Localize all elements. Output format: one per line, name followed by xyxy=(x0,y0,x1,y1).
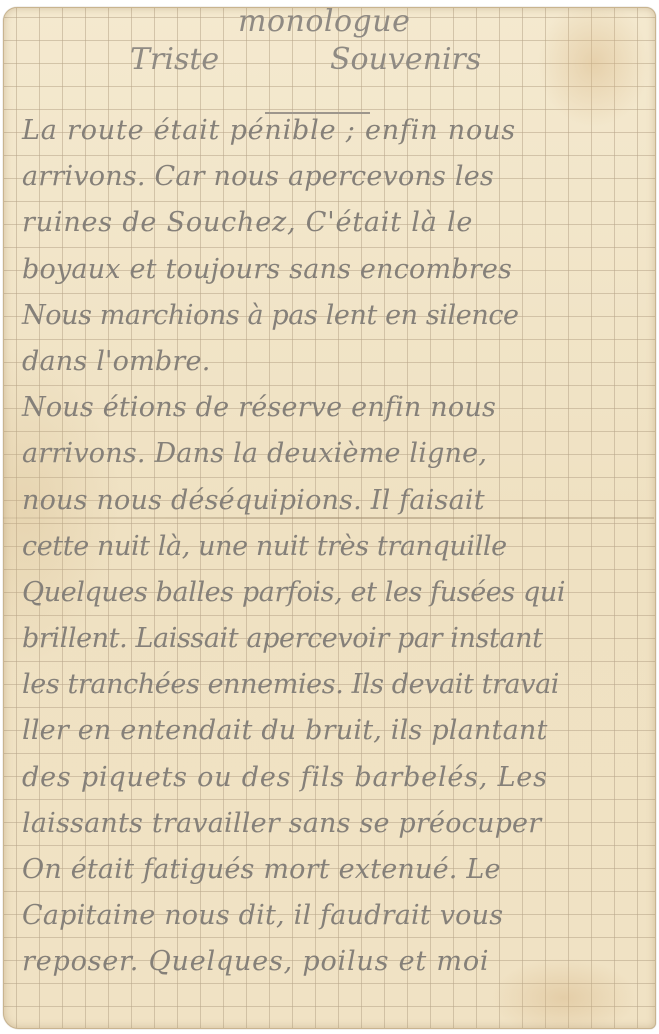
text-line-2: arrivons. Car nous apercevons les xyxy=(22,154,647,200)
text-line-15: des piquets ou des fils barbelés, Les xyxy=(22,755,647,801)
page-stage: monologue Triste Souvenirs La route étai… xyxy=(0,0,659,1034)
text-line-6: dans l'ombre. xyxy=(22,339,647,385)
text-line-14: ller en entendait du bruit, ils plantant xyxy=(22,708,647,754)
title-triste: Triste xyxy=(130,42,219,77)
text-line-1: La route était pénible ; enfin nous xyxy=(22,108,647,154)
text-line-7: Nous étions de réserve enfin nous xyxy=(22,385,647,431)
text-line-9: nous nous déséquipions. Il faisait xyxy=(22,478,647,524)
text-line-4: boyaux et toujours sans encombres xyxy=(22,247,647,293)
text-line-11: Quelques balles parfois, et les fusées q… xyxy=(22,570,647,616)
text-line-13: les tranchées ennemies. Ils devait trava… xyxy=(22,662,647,708)
text-line-5: Nous marchions à pas lent en silence xyxy=(22,293,647,339)
title-souvenirs: Souvenirs xyxy=(330,42,481,77)
text-line-12: brillent. Laissait apercevoir par instan… xyxy=(22,616,647,662)
text-line-16: laissants travailler sans se préocuper xyxy=(22,801,647,847)
text-line-10: cette nuit là, une nuit très tranquille xyxy=(22,524,647,570)
text-line-3: ruines de Souchez, C'était là le xyxy=(22,200,647,246)
text-line-19: reposer. Quelques, poilus et moi xyxy=(22,939,647,985)
manuscript-body: La route était pénible ; enfin nous arri… xyxy=(22,108,647,986)
title-monologue: monologue xyxy=(238,4,410,39)
text-line-17: On était fatigués mort extenué. Le xyxy=(22,847,647,893)
text-line-8: arrivons. Dans la deuxième ligne, xyxy=(22,431,647,477)
text-line-18: Capitaine nous dit, il faudrait vous xyxy=(22,893,647,939)
